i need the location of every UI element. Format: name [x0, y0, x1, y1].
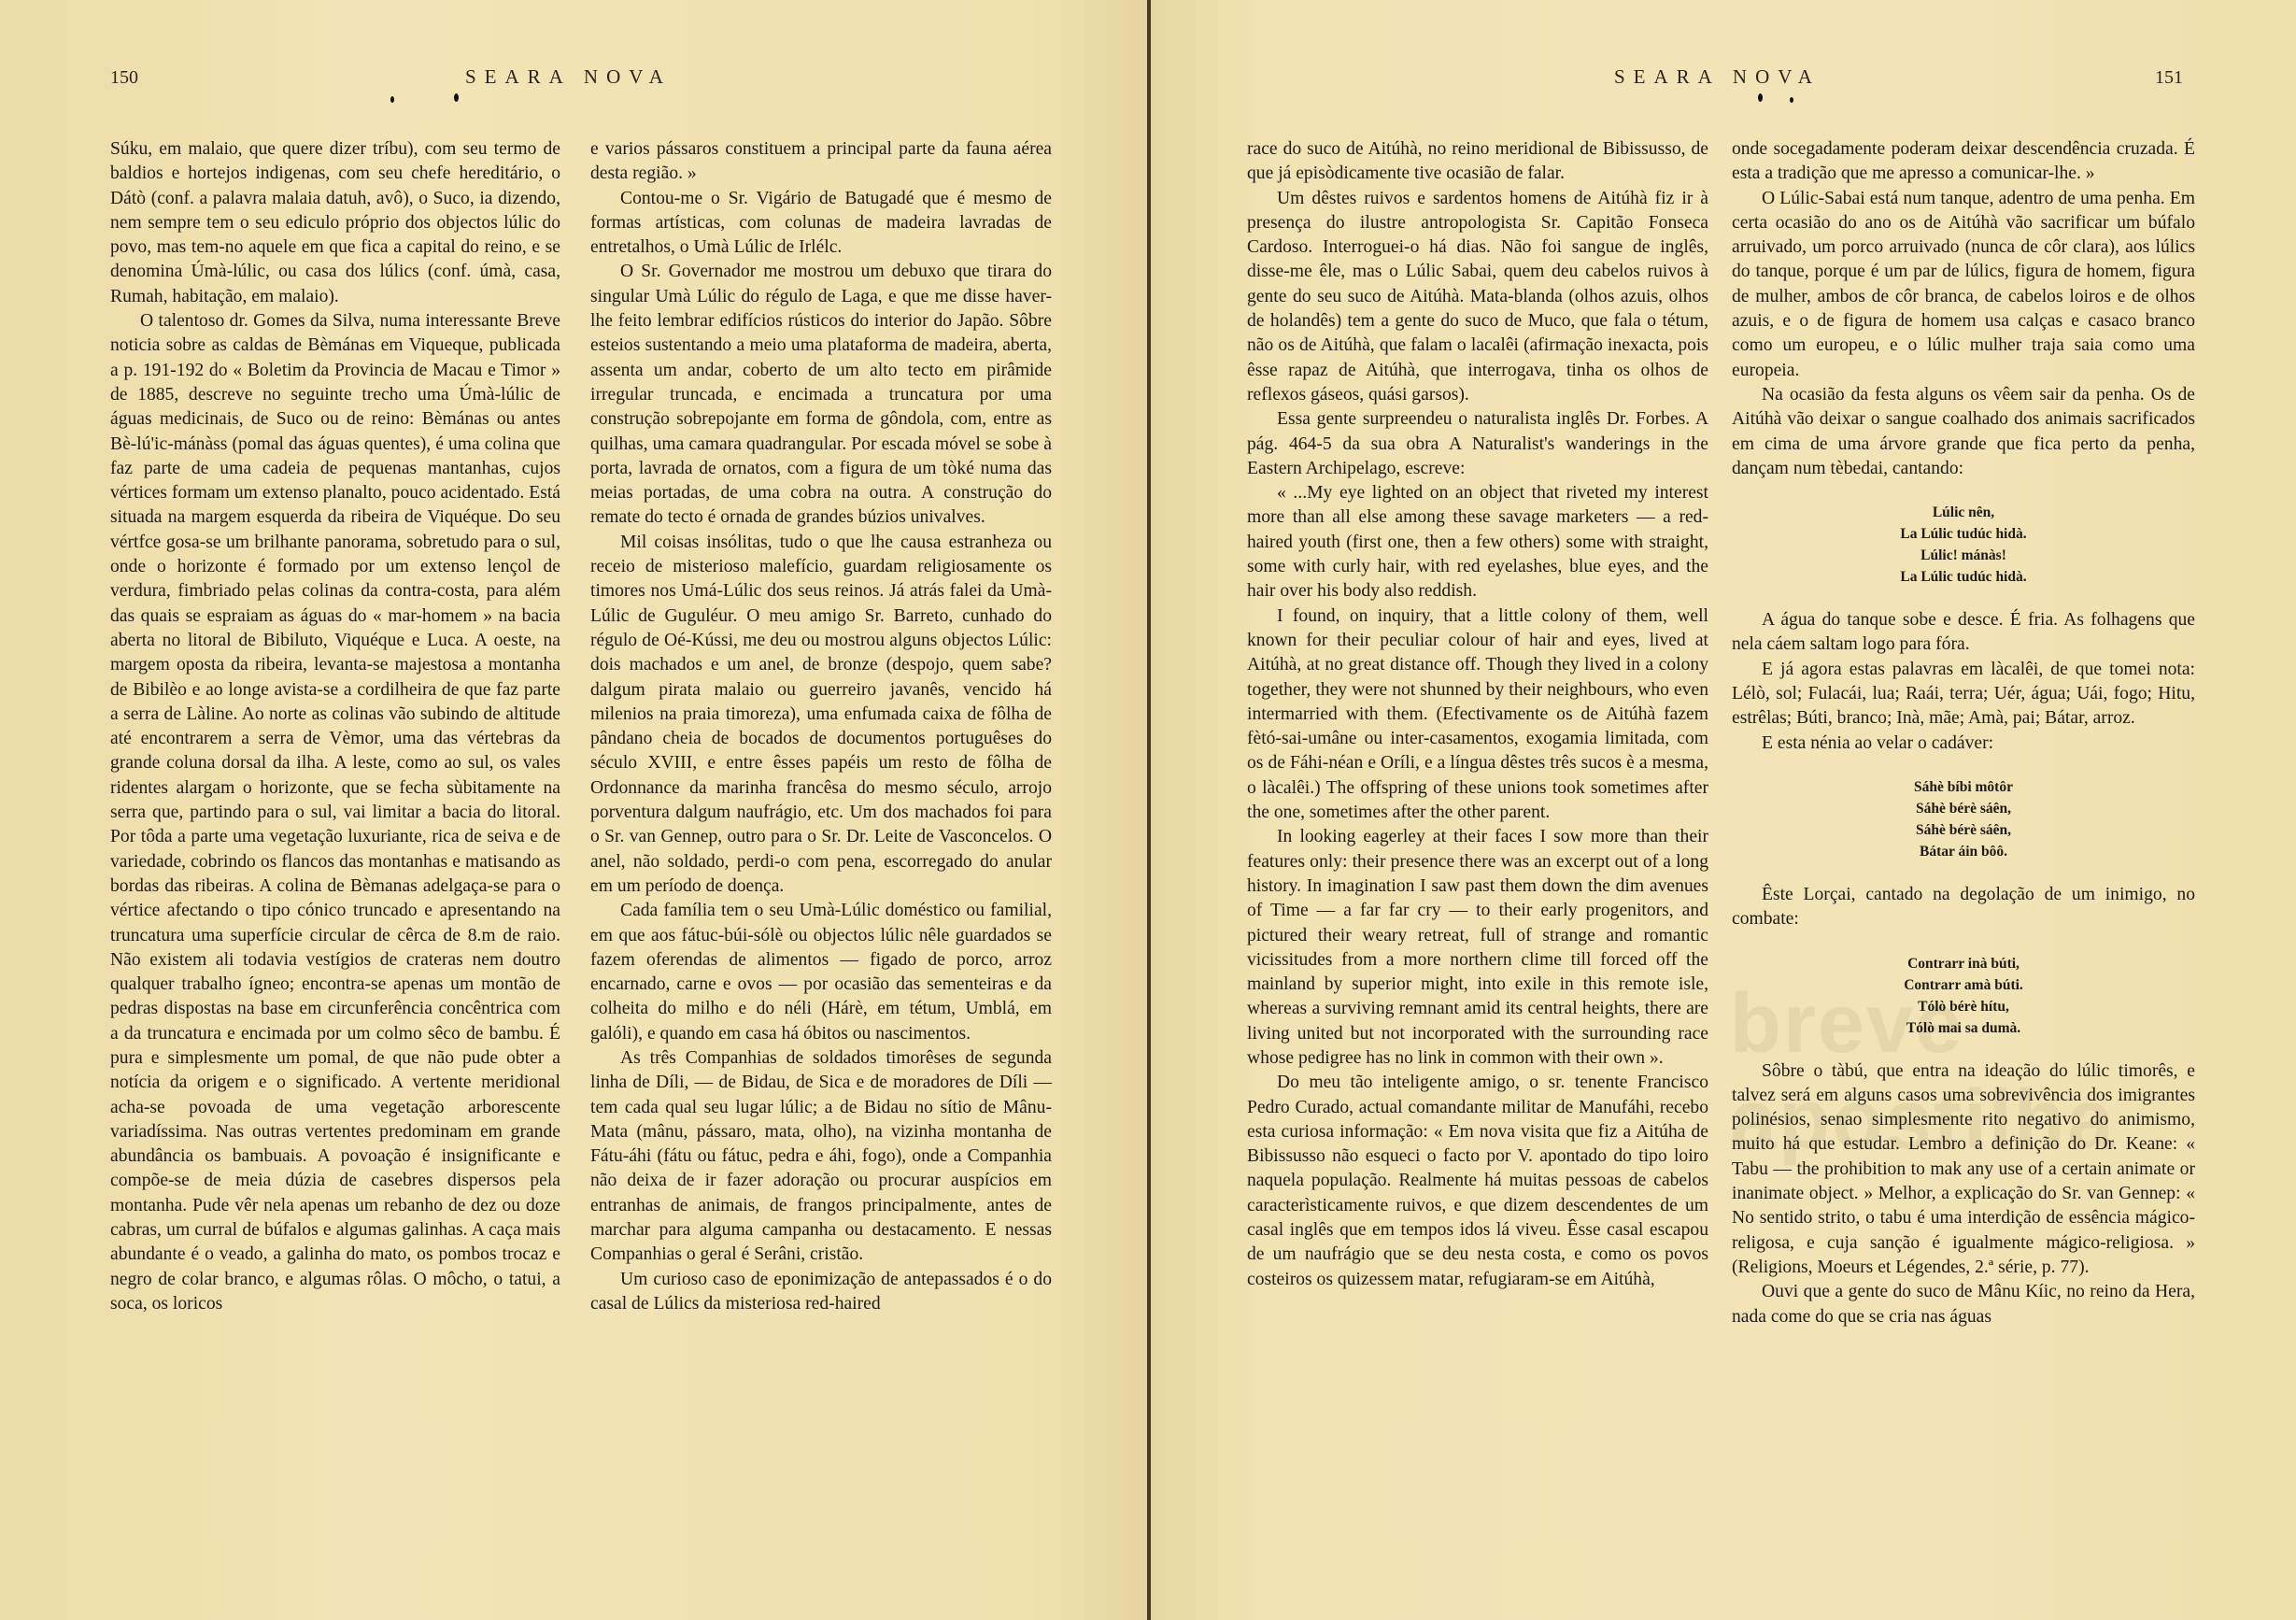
paragraph: E já agora estas palavras em làcalêi, de…: [1732, 658, 2195, 732]
quote-paragraph: I found, on inquiry, that a little colon…: [1247, 604, 1708, 826]
ink-speck: [454, 93, 459, 102]
paragraph: O talentoso dr. Gomes da Silva, numa int…: [110, 309, 560, 1316]
paragraph: Cada família tem o seu Umà-Lúlic domésti…: [590, 899, 1052, 1046]
verse-lulic-nen: Lúlic nên, La Lúlic tudúc hidà. Lúlic! m…: [1732, 502, 2195, 588]
verse-line: Contrarr inà búti,: [1732, 953, 2195, 974]
verse-line: Sáhè bérè sáên,: [1732, 798, 2195, 819]
paragraph: Um dêstes ruivos e sardentos homens de A…: [1247, 187, 1708, 408]
running-head-left: SEARA NOVA: [465, 65, 672, 89]
quote-paragraph: In looking eagerley at their faces I sow…: [1247, 825, 1708, 1071]
column-3: race do suco de Aitúhà, no reino meridio…: [1247, 137, 1708, 1292]
paragraph: E esta nénia ao velar o cadáver:: [1732, 732, 2195, 756]
paragraph: O Lúlic-Sabai está num tanque, adentro d…: [1732, 187, 2195, 383]
verse-line: Bátar áin bôô.: [1732, 841, 2195, 862]
ink-speck: [1790, 97, 1793, 103]
left-page: 150 SEARA NOVA Súku, em malaio, que quer…: [0, 0, 1147, 1620]
paragraph: e varios pássaros constituem a principal…: [590, 137, 1052, 187]
right-page: SEARA NOVA 151 breve apostilha race do s…: [1151, 0, 2296, 1620]
paragraph: Contou-me o Sr. Vigário de Batugadé que …: [590, 187, 1052, 261]
verse-lorcai: Contrarr inà búti, Contrarr amà búti. Tó…: [1732, 953, 2195, 1039]
paragraph: Sôbre o tàbú, que entra na ideação do lú…: [1732, 1059, 2195, 1281]
paragraph: Mil coisas insólitas, tudo o que lhe cau…: [590, 531, 1052, 899]
verse-line: Lúlic nên,: [1732, 502, 2195, 523]
paragraph: onde socegadamente poderam deixar descen…: [1732, 137, 2195, 187]
paragraph: Súku, em malaio, que quere dizer tríbu),…: [110, 137, 560, 309]
verse-line: La Lúlic tudúc hidà.: [1732, 566, 2195, 588]
ink-speck: [390, 96, 394, 103]
paragraph: O Sr. Governador me mostrou um debuxo qu…: [590, 260, 1052, 530]
verse-line: Lúlic! mánàs!: [1732, 545, 2195, 566]
verse-line: Contrarr amà búti.: [1732, 974, 2195, 996]
verse-line: Sáhè bérè sáên,: [1732, 819, 2195, 841]
verse-nenia: Sáhè bíbi môtôr Sáhè bérè sáên, Sáhè bér…: [1732, 776, 2195, 862]
verse-line: Tólò bérè hítu,: [1732, 996, 2195, 1017]
paragraph: Do meu tão inteligente amigo, o sr. tene…: [1247, 1071, 1708, 1292]
paragraph: race do suco de Aitúhà, no reino meridio…: [1247, 137, 1708, 187]
column-1: Súku, em malaio, que quere dizer tríbu),…: [110, 137, 560, 1316]
paragraph: Essa gente surpreendeu o naturalista ing…: [1247, 407, 1708, 481]
book-spread: 150 SEARA NOVA Súku, em malaio, que quer…: [0, 0, 2296, 1620]
paragraph: A água do tanque sobe e desce. É fria. A…: [1732, 608, 2195, 658]
column-4: onde socegadamente poderam deixar descen…: [1732, 137, 2195, 1329]
paragraph: As três Companhias de soldados timorêses…: [590, 1046, 1052, 1268]
verse-line: Sáhè bíbi môtôr: [1732, 776, 2195, 798]
paragraph: Um curioso caso de eponimização de antep…: [590, 1268, 1052, 1317]
verse-line: La Lúlic tudúc hidà.: [1732, 523, 2195, 545]
page-number-right: 151: [2155, 67, 2183, 89]
verse-line: Tólò mai sa dumà.: [1732, 1017, 2195, 1039]
paragraph: Ouvi que a gente do suco de Mânu Kíic, n…: [1732, 1280, 2195, 1329]
quote-paragraph: « ...My eye lighted on an object that ri…: [1247, 481, 1708, 604]
running-head-right: SEARA NOVA: [1614, 65, 1821, 89]
column-2: e varios pássaros constituem a principal…: [590, 137, 1052, 1316]
page-number-left: 150: [110, 67, 138, 89]
ink-speck: [1758, 93, 1763, 102]
paragraph: Na ocasião da festa alguns os vêem sair …: [1732, 383, 2195, 481]
paragraph: Êste Lorçai, cantado na degolação de um …: [1732, 883, 2195, 932]
